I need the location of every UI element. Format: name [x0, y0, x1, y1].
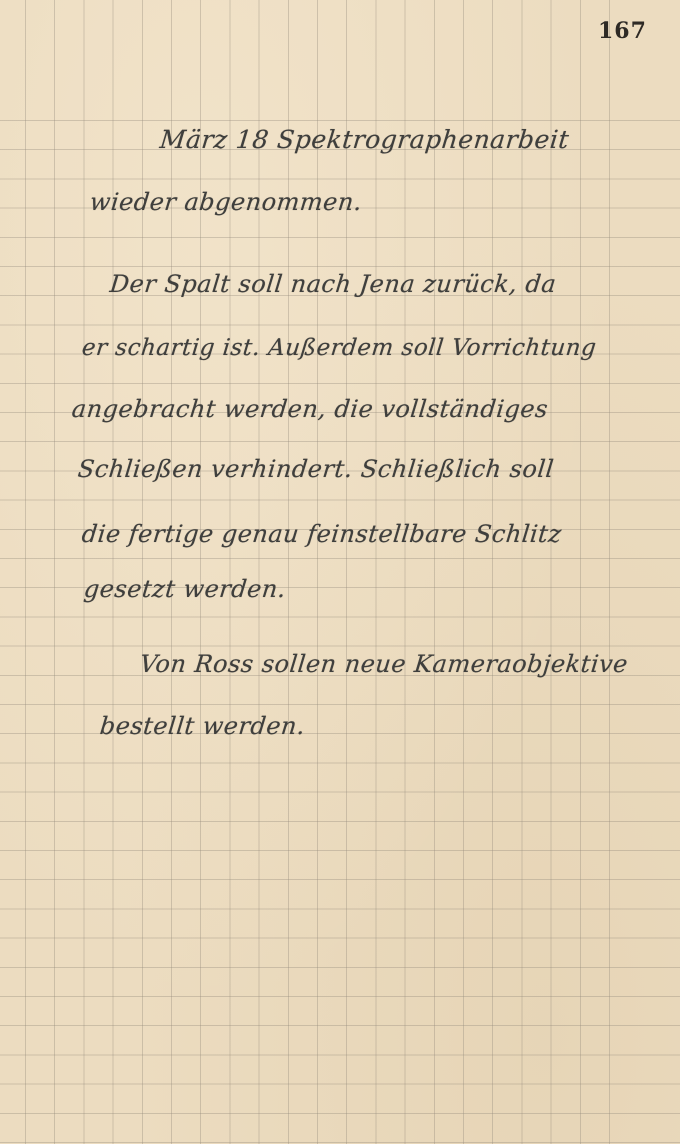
handwritten-line-7: die fertige genau feinstellbare Schlitz — [82, 520, 562, 548]
line-text: wieder abgenommen. — [89, 188, 364, 216]
handwritten-line-5: angebracht werden, die vollständiges — [72, 395, 548, 423]
handwritten-line-1: März 18 Spektrographenarbeit — [160, 125, 569, 154]
line-text: er schartig ist. Außerdem soll Vorrichtu… — [81, 335, 598, 361]
handwritten-line-9: Von Ross sollen neue Kameraobjektive — [140, 650, 628, 678]
line-text: März 18 Spektrographenarbeit — [158, 125, 570, 154]
handwritten-line-8: gesetzt werden. — [84, 575, 286, 603]
line-text: Von Ross sollen neue Kameraobjektive — [139, 650, 630, 678]
handwritten-line-6: Schließen verhindert. Schließlich soll — [78, 455, 554, 483]
page-number: 167 — [598, 18, 647, 44]
line-text: angebracht werden, die vollständiges — [71, 395, 550, 423]
handwritten-line-10: bestellt werden. — [100, 712, 305, 740]
line-text: bestellt werden. — [99, 712, 307, 740]
handwritten-line-3: Der Spalt soll nach Jena zurück, da — [110, 270, 556, 298]
line-text: Der Spalt soll nach Jena zurück, da — [109, 270, 558, 298]
line-text: gesetzt werden. — [83, 575, 288, 603]
line-text: die fertige genau feinstellbare Schlitz — [81, 520, 564, 548]
handwritten-line-2: wieder abgenommen. — [90, 188, 362, 216]
line-text: Schließen verhindert. Schließlich soll — [77, 455, 556, 483]
handwritten-line-4: er schartig ist. Außerdem soll Vorrichtu… — [82, 335, 596, 361]
notebook-page: 167 März 18 Spektrographenarbeit wieder … — [0, 0, 680, 1144]
